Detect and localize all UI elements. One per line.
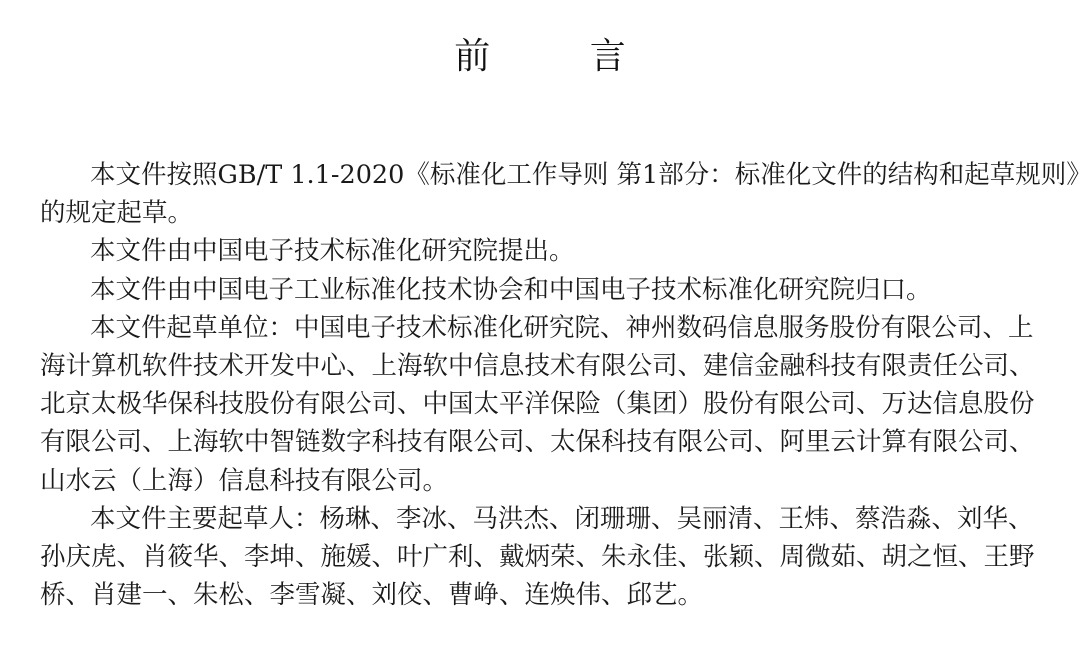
text-line: 有限公司、上海软中智链数字科技有限公司、太保科技有限公司、阿里云计算有限公司、 <box>40 423 1052 461</box>
text-line: 北京太极华保科技股份有限公司、中国太平洋保险（集团）股份有限公司、万达信息股份 <box>40 385 1052 423</box>
text-line: 本文件由中国电子工业标准化技术协会和中国电子技术标准化研究院归口。 <box>40 271 1052 309</box>
text-line: 本文件按照GB/T 1.1-2020《标准化工作导则 第1部分：标准化文件的结构… <box>40 156 1052 194</box>
text-line: 本文件起草单位：中国电子技术标准化研究院、神州数码信息服务股份有限公司、上 <box>40 309 1052 347</box>
text-line: 本文件主要起草人：杨琳、李冰、马洪杰、闭珊珊、吴丽清、王炜、蔡浩淼、刘华、 <box>40 500 1052 538</box>
text-line: 孙庆虎、肖筱华、李坤、施媛、叶广利、戴炳荣、朱永佳、张颖、周微茹、胡之恒、王野 <box>40 538 1052 576</box>
foreword-body: 本文件按照GB/T 1.1-2020《标准化工作导则 第1部分：标准化文件的结构… <box>40 156 1052 614</box>
text-line: 山水云（上海）信息科技有限公司。 <box>40 462 1052 500</box>
text-line: 的规定起草。 <box>40 194 1052 232</box>
text-line: 桥、肖建一、朱松、李雪凝、刘佼、曹峥、连焕伟、邱艺。 <box>40 576 1052 614</box>
page-title: 前 言 <box>0 28 1080 79</box>
text-line: 本文件由中国电子技术标准化研究院提出。 <box>40 232 1052 270</box>
text-line: 海计算机软件技术开发中心、上海软中信息技术有限公司、建信金融科技有限责任公司、 <box>40 347 1052 385</box>
